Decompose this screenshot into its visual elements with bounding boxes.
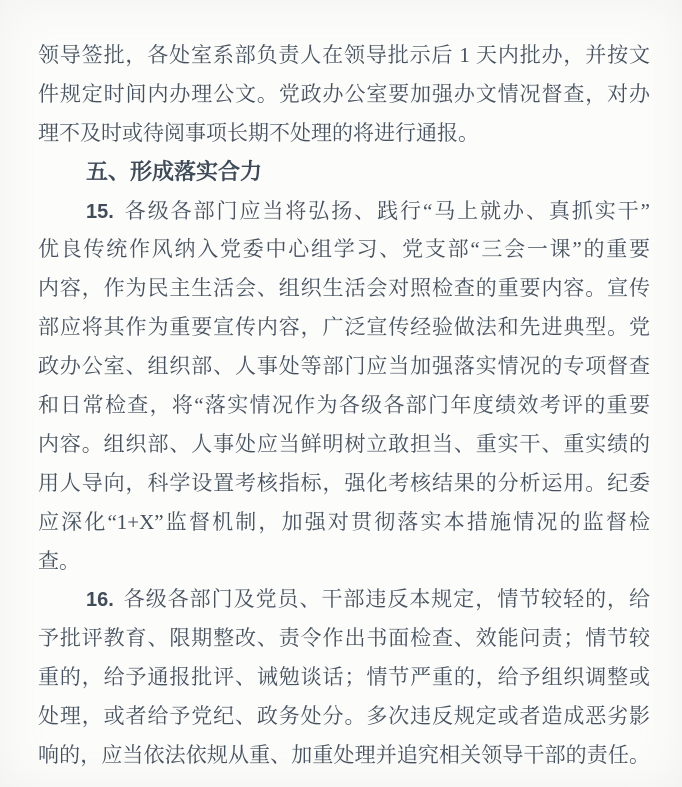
document-page: 领导签批，各处室系部负责人在领导批示后 1 天内批办，并按文 件规定时间内办理公…	[0, 0, 682, 787]
body-text-line: 处理，或者给予党纪、政务处分。多次违反规定或者造成恶劣影	[38, 697, 650, 736]
line-text: 各级各部门应当将弘扬、践行“马上就办、真抓实干”	[123, 199, 650, 223]
body-text-line: 响的，应当依法依规从重、加重处理并追究相关领导干部的责任。	[38, 736, 650, 775]
body-text-line: 用人导向，科学设置考核指标，强化考核结果的分析运用。纪委	[38, 464, 650, 503]
line-text: 各级各部门及党员、干部违反本规定，情节较轻的，给	[123, 587, 650, 611]
item-number: 16.	[86, 589, 114, 611]
document-body: 领导签批，各处室系部负责人在领导批示后 1 天内批办，并按文 件规定时间内办理公…	[38, 36, 650, 775]
body-text-line: 优良传统作风纳入党委中心组学习、党支部“三会一课”的重要	[38, 230, 650, 269]
body-text-line: 重的，给予通报批评、诫勉谈话；情节严重的，给予组织调整或	[38, 658, 650, 697]
body-text-line: 部应将其作为重要宣传内容，广泛宣传经验做法和先进典型。党	[38, 308, 650, 347]
body-text-line: 查。	[38, 542, 650, 581]
section-heading: 五、形成落实合力	[38, 153, 650, 192]
body-text-line: 内容。组织部、人事处应当鲜明树立敢担当、重实干、重实绩的	[38, 425, 650, 464]
body-text-line: 内容，作为民主生活会、组织生活会对照检查的重要内容。宣传	[38, 269, 650, 308]
body-text-line: 件规定时间内办理公文。党政办公室要加强办文情况督查，对办	[38, 75, 650, 114]
body-text-line: 领导签批，各处室系部负责人在领导批示后 1 天内批办，并按文	[38, 36, 650, 75]
body-text-line: 予批评教育、限期整改、责令作出书面检查、效能问责；情节较	[38, 619, 650, 658]
body-text-line: 应深化“1+X”监督机制，加强对贯彻落实本措施情况的监督检	[38, 503, 650, 542]
item-number: 15.	[86, 201, 114, 223]
list-item-line: 15.各级各部门应当将弘扬、践行“马上就办、真抓实干”	[38, 192, 650, 231]
body-text-line: 理不及时或待阅事项长期不处理的将进行通报。	[38, 114, 650, 153]
body-text-line: 和日常检查，将“落实情况作为各级各部门年度绩效考评的重要	[38, 386, 650, 425]
body-text-line: 政办公室、组织部、人事处等部门应当加强落实情况的专项督查	[38, 347, 650, 386]
list-item-line: 16.各级各部门及党员、干部违反本规定，情节较轻的，给	[38, 580, 650, 619]
